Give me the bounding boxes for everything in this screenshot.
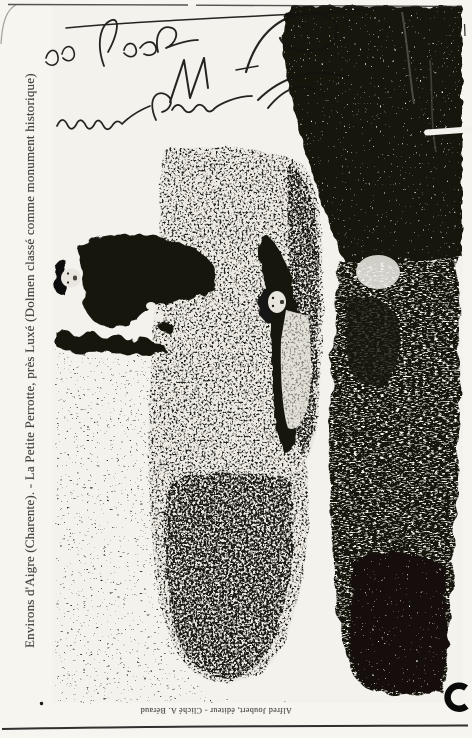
ink-dot [40,702,43,705]
man-eye [67,281,69,283]
man-eye [67,272,69,274]
man-hand [146,302,156,310]
grass-dark-clump [344,297,400,386]
edge-tick-mark [465,24,466,36]
second-figure-eye [272,297,274,299]
grass-highlight-patch [356,255,400,289]
grass-bank [329,255,460,694]
second-figure-eye [272,305,274,307]
second-figure-mouth [280,300,284,304]
man-boot [159,322,173,332]
man-face [61,269,81,288]
postcard-caption: Environs d'Aigre (Charente). - La Petite… [22,73,38,648]
scan-edge-bottom [2,726,468,730]
man-moustache [73,276,77,281]
dolmen-photograph [0,0,472,738]
dust-speck [87,426,89,428]
man-hand [154,313,164,321]
corner-scan-mark [1,5,16,44]
postcard-scan: Environs d'Aigre (Charente). - La Petite… [0,0,472,738]
publisher-credit: Alfred Joubert, éditeur - Cliché A. Béra… [126,699,306,715]
